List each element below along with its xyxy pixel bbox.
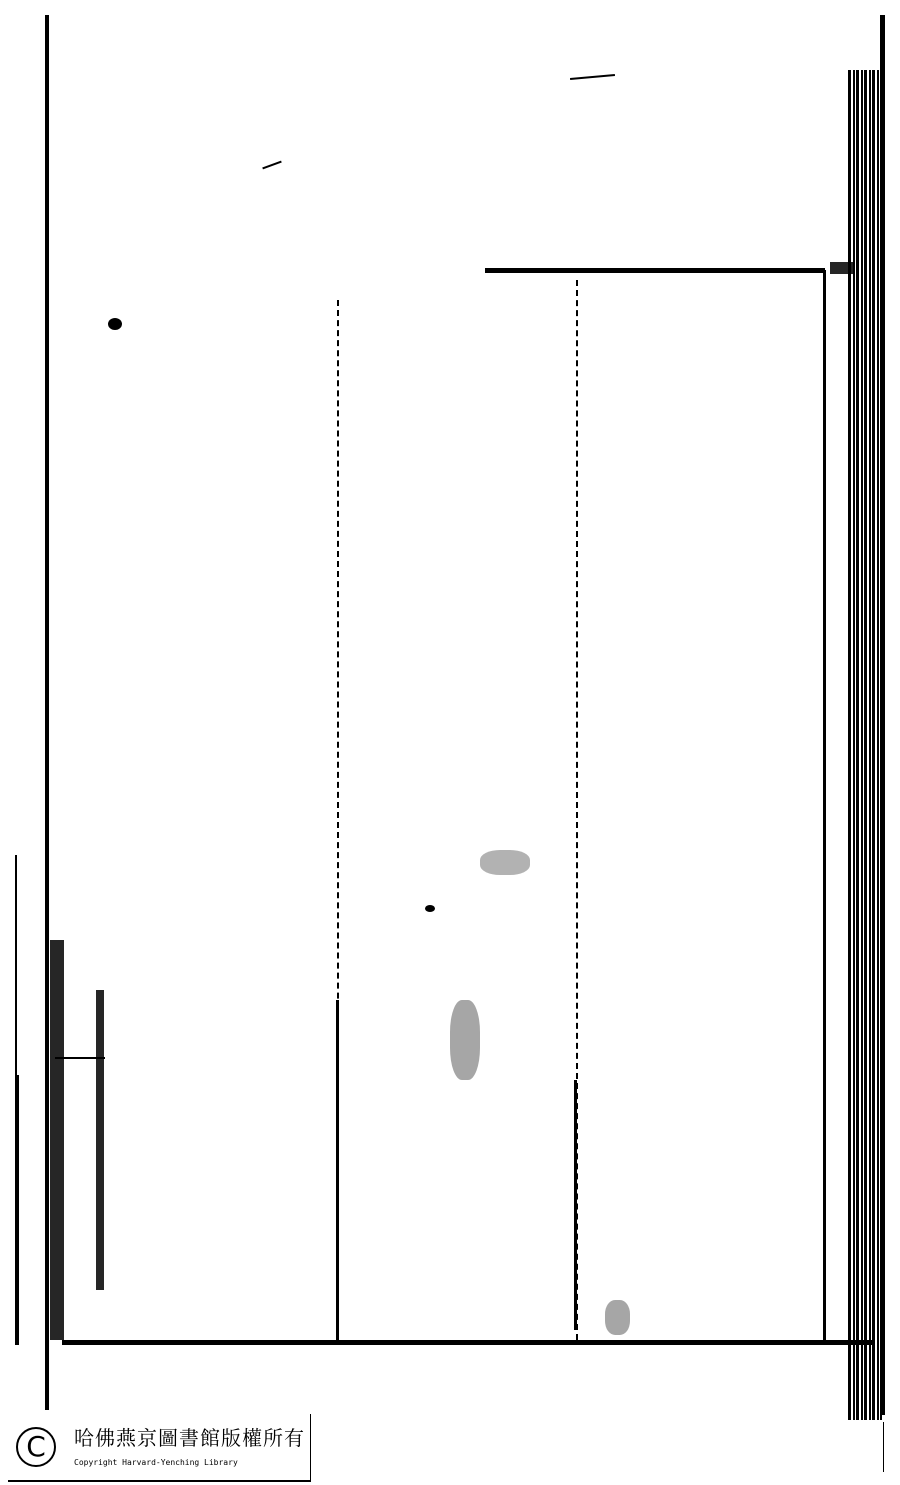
- frame-bottom-rule: [62, 1340, 872, 1345]
- copyright-english-text: Copyright Harvard-Yenching Library: [74, 1458, 238, 1467]
- frame-right-rule: [823, 270, 826, 1345]
- left-margin-rule-thick: [15, 1075, 19, 1345]
- ink-smudge: [605, 1300, 630, 1335]
- ink-speck: [108, 318, 122, 330]
- frame-top-rule: [485, 268, 825, 273]
- ink-speck: [425, 905, 435, 912]
- ink-streak: [570, 74, 615, 80]
- ink-smudge: [480, 850, 530, 875]
- right-edge-bottom-line: [883, 1422, 884, 1472]
- scanned-page: C 哈佛燕京圖書館版權所有 Copyright Harvard-Yenching…: [0, 0, 900, 1485]
- frame-left-rule-weathered: [50, 940, 64, 1340]
- copyright-icon: C: [16, 1427, 56, 1467]
- frame-inner-left-rule: [96, 990, 104, 1290]
- copyright-stamp: C 哈佛燕京圖書館版權所有 Copyright Harvard-Yenching…: [8, 1414, 311, 1482]
- frame-left-crossbar: [55, 1057, 105, 1059]
- column-rule-2-solid: [574, 1080, 577, 1330]
- frame-top-ink-blot: [830, 262, 855, 274]
- left-page-edge: [45, 15, 49, 1410]
- ink-streak: [262, 161, 281, 170]
- copyright-chinese-text: 哈佛燕京圖書館版權所有: [74, 1422, 305, 1451]
- ink-smudge: [450, 1000, 480, 1080]
- column-rule-1-solid: [336, 1000, 339, 1340]
